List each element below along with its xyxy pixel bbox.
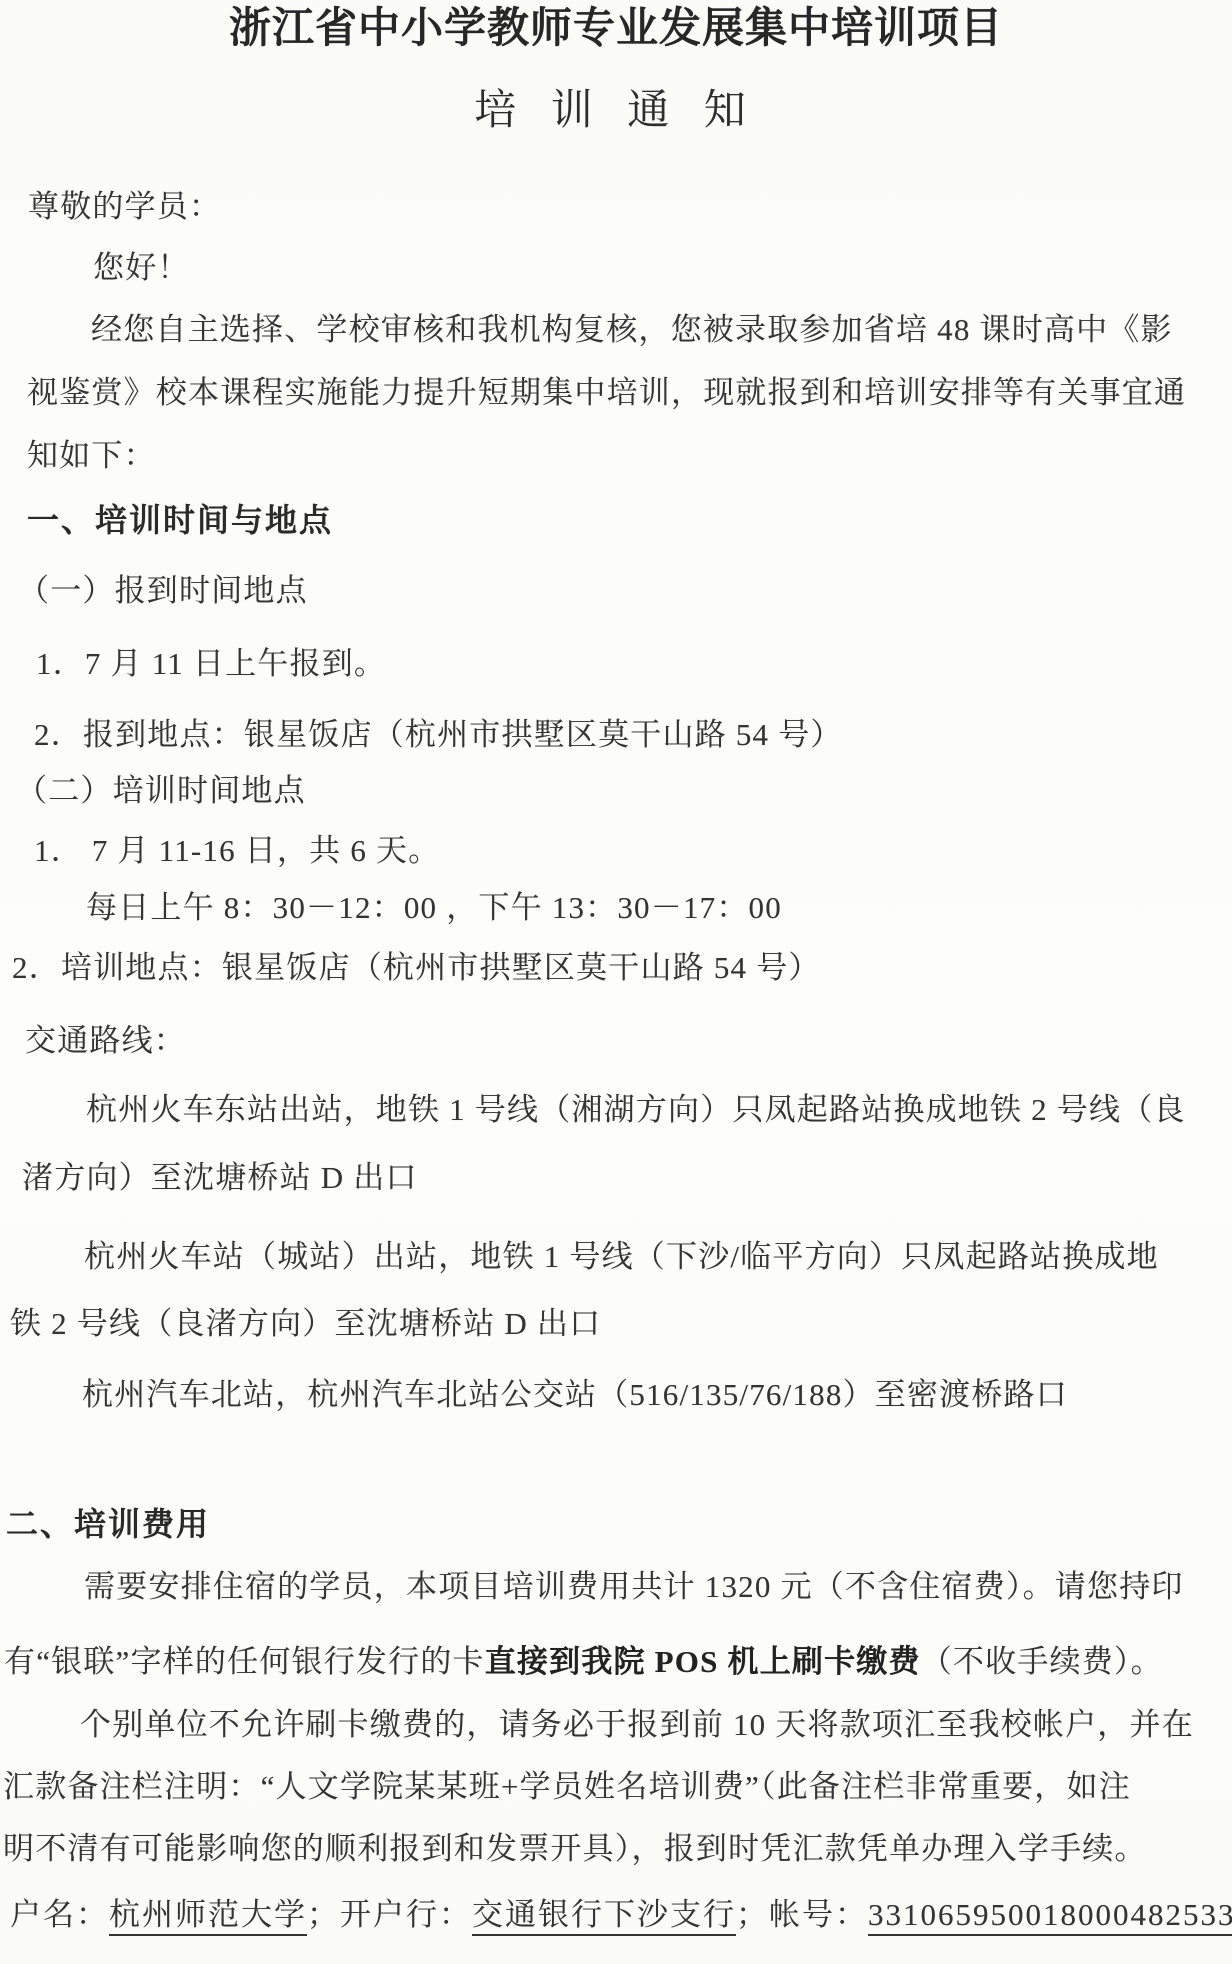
- document-title: 浙江省中小学教师专业发展集中培训项目: [0, 8, 1232, 50]
- remit-paragraph-line-1: 个别单位不允许刷卡缴费的，请务必于报到前 10 天将款项汇至我校帐户，并在: [80, 1704, 1194, 1746]
- fee-line-2-prefix: 有“银联”字样的任何银行发行的卡: [4, 1644, 485, 1679]
- account-number-label: 帐号：: [769, 1897, 868, 1932]
- intro-paragraph-line-1: 经您自主选择、学校审核和我机构复核，您被录取参加省培 48 课时高中《影: [91, 309, 1173, 351]
- account-number-value: 331065950018000482533: [868, 1897, 1232, 1932]
- fee-paragraph-line-2: 有“银联”字样的任何银行发行的卡直接到我院 POS 机上刷卡缴费（不收手续费）。: [4, 1641, 1163, 1683]
- route-bus-station: 杭州汽车北站，杭州汽车北站公交站（516/135/76/188）至密渡桥路口: [82, 1374, 1068, 1416]
- fee-line-2-suffix: （不收手续费）。: [921, 1644, 1163, 1679]
- route-east-station-line-1: 杭州火车东站出站，地铁 1 号线（湘湖方向）只凤起路站换成地铁 2 号线（良: [86, 1089, 1186, 1131]
- document-subtitle: 培 训 通 知: [0, 90, 1232, 132]
- transport-heading: 交通路线：: [25, 1020, 186, 1062]
- route-city-station-line-2: 铁 2 号线（良渚方向）至沈塘桥站 D 出口: [10, 1303, 601, 1345]
- checkin-place-item: 2．报到地点：银星饭店（杭州市拱墅区莫干山路 54 号）: [34, 714, 843, 756]
- bank-branch-value: 交通银行下沙支行: [472, 1897, 736, 1932]
- bank-account-line: 户名：杭州师范大学；开户行：交通银行下沙支行；帐号：33106595001800…: [10, 1894, 1232, 1936]
- training-notice-document: 浙江省中小学教师专业发展集中培训项目 培 训 通 知 尊敬的学员： 您好！ 经您…: [0, 0, 1232, 1964]
- intro-paragraph-line-3: 知如下：: [27, 435, 156, 477]
- account-name-label: 户名：: [10, 1897, 109, 1932]
- pos-payment-bold-text: 直接到我院 POS 机上刷卡缴费: [485, 1644, 921, 1679]
- checkin-time-item: 1．7 月 11 日上午报到。: [36, 643, 386, 685]
- remit-paragraph-line-3: 明不清有可能影响您的顺利报到和发票开具），报到时凭汇款凭单办理入学手续。: [3, 1828, 1147, 1870]
- training-time-subheading: （二）培训时间地点: [16, 770, 306, 812]
- section-2-heading: 二、培训费用: [6, 1503, 210, 1545]
- training-hours-item: 每日上午 8：30－12：00 ，下午 13：30－17：00: [86, 887, 782, 929]
- salutation: 尊敬的学员：: [28, 186, 221, 228]
- fee-paragraph-line-1: 需要安排住宿的学员，本项目培训费用共计 1320 元（不含住宿费）。请您持印: [84, 1566, 1184, 1608]
- checkin-subheading: （一）报到时间地点: [18, 570, 308, 612]
- bank-branch-label: 开户行：: [340, 1897, 472, 1932]
- remit-paragraph-line-2: 汇款备注栏注明：“人文学院某某班+学员姓名培训费”（此备注栏非常重要，如注: [3, 1766, 1131, 1808]
- greeting-hello: 您好！: [93, 247, 190, 289]
- training-place-item: 2．培训地点：银星饭店（杭州市拱墅区莫干山路 54 号）: [12, 947, 821, 989]
- separator-1: ；: [307, 1897, 340, 1932]
- separator-2: ；: [736, 1897, 769, 1932]
- route-east-station-line-2: 渚方向）至沈塘桥站 D 出口: [22, 1157, 418, 1199]
- account-name-value: 杭州师范大学: [109, 1897, 307, 1932]
- training-dates-item: 1． 7 月 11-16 日，共 6 天。: [34, 830, 440, 872]
- intro-paragraph-line-2: 视鉴赏》校本课程实施能力提升短期集中培训，现就报到和培训安排等有关事宜通: [27, 372, 1186, 414]
- route-city-station-line-1: 杭州火车站（城站）出站，地铁 1 号线（下沙/临平方向）只凤起路站换成地: [84, 1236, 1159, 1278]
- section-1-heading: 一、培训时间与地点: [27, 499, 333, 541]
